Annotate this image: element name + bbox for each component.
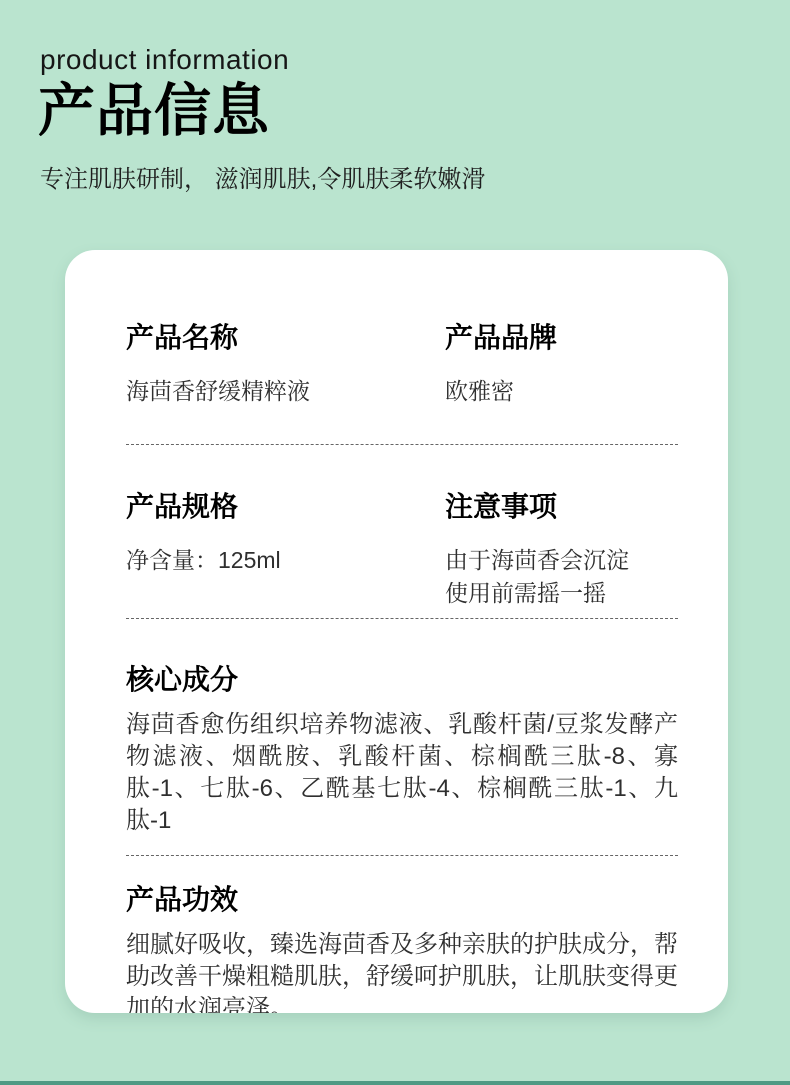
efficacy-body: 细腻好吸收，臻选海茴香及多种亲肤的护肤成分，帮助改善干燥粗糙肌肤，舒缓呵护肌肤，…: [126, 929, 678, 1013]
notice-block: 注意事项 由于海茴香会沉淀 使用前需摇一摇: [445, 492, 678, 610]
product-spec-heading: 产品规格: [126, 492, 445, 522]
notice-line-1: 由于海茴香会沉淀: [445, 544, 678, 577]
product-brand-heading: 产品品牌: [445, 323, 678, 353]
efficacy-heading: 产品功效: [126, 885, 678, 915]
row-spec-notice: 产品规格 净含量：125ml 注意事项 由于海茴香会沉淀 使用前需摇一摇: [126, 492, 678, 610]
notice-line-2: 使用前需摇一摇: [445, 577, 678, 610]
ingredients-heading: 核心成分: [126, 665, 678, 695]
page-title: 产品信息: [38, 81, 790, 141]
product-name-heading: 产品名称: [126, 323, 445, 353]
dashed-divider: [126, 618, 678, 619]
ingredients-section: 核心成分 海茴香愈伤组织培养物滤液、乳酸杆菌/豆浆发酵产物滤液、烟酰胺、乳酸杆菌…: [126, 665, 678, 837]
dashed-divider: [126, 444, 678, 445]
net-content-value: 净含量：125ml: [126, 544, 445, 577]
header-english-title: product information: [40, 45, 790, 75]
header-subtitle: 专注肌肤研制， 滋润肌肤,令肌肤柔软嫩滑: [40, 167, 790, 193]
ingredients-body: 海茴香愈伤组织培养物滤液、乳酸杆菌/豆浆发酵产物滤液、烟酰胺、乳酸杆菌、棕榈酰三…: [126, 709, 678, 837]
product-info-card: 产品名称 海茴香舒缓精粹液 产品品牌 欧雅密 产品规格 净含量：125ml 注意…: [65, 250, 728, 1013]
product-information-page: product information 产品信息 专注肌肤研制， 滋润肌肤,令肌…: [0, 0, 790, 1085]
notice-text: 由于海茴香会沉淀 使用前需摇一摇: [445, 544, 678, 610]
product-name-value: 海茴香舒缓精粹液: [126, 375, 445, 408]
notice-heading: 注意事项: [445, 492, 678, 522]
dashed-divider: [126, 855, 678, 856]
bottom-accent-strip: [0, 1081, 790, 1085]
product-brand-block: 产品品牌 欧雅密: [445, 323, 678, 408]
product-name-block: 产品名称 海茴香舒缓精粹液: [126, 323, 445, 408]
efficacy-section: 产品功效 细腻好吸收，臻选海茴香及多种亲肤的护肤成分，帮助改善干燥粗糙肌肤，舒缓…: [126, 885, 678, 1013]
product-brand-value: 欧雅密: [445, 375, 678, 408]
product-spec-block: 产品规格 净含量：125ml: [126, 492, 445, 610]
page-header: product information 产品信息 专注肌肤研制， 滋润肌肤,令肌…: [0, 0, 790, 193]
row-name-brand: 产品名称 海茴香舒缓精粹液 产品品牌 欧雅密: [126, 323, 678, 408]
